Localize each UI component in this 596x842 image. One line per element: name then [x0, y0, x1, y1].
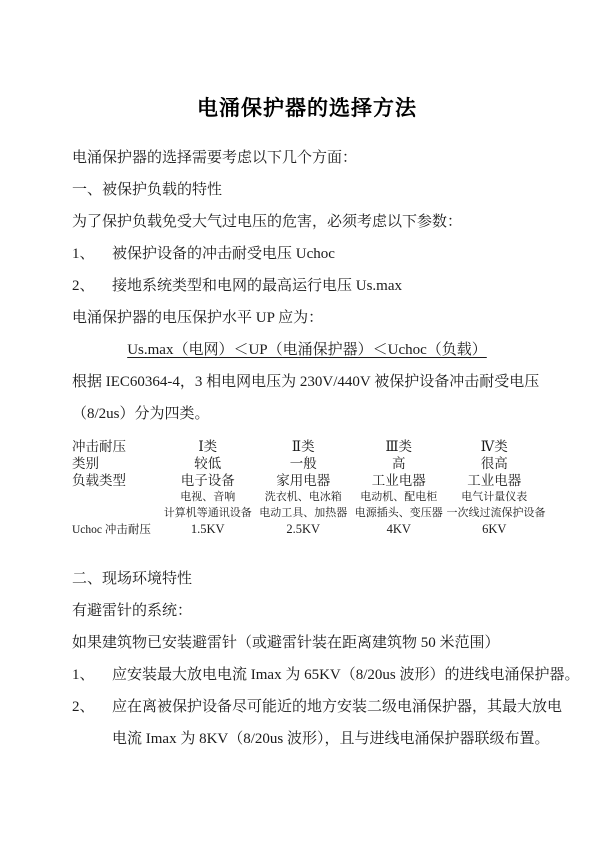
table-cell: Uchoc 冲击耐压: [72, 522, 160, 539]
list-item-number: 1、: [72, 667, 112, 683]
table-row: Uchoc 冲击耐压 1.5KV 2.5KV 4KV 6KV: [72, 521, 542, 538]
table-cell: 4KV: [351, 521, 447, 538]
table-row: 计算机等通讯设备 电动工具、加热器 电源插头、变压器 一次线过流保护设备: [72, 505, 542, 521]
table-cell: 工业电器: [351, 472, 447, 489]
table-cell: Ⅳ类: [447, 438, 543, 455]
table-cell: 6KV: [447, 521, 543, 538]
section1-paragraph-1: 为了保护负载免受大气过电压的危害，必须考虑以下参数：: [72, 214, 542, 230]
list-item-number: 1、: [72, 246, 112, 262]
section1-paragraph-3-line-2: （8/2us）分为四类。: [72, 406, 542, 422]
table-cell: 类别: [72, 455, 160, 472]
table-cell: 工业电器: [447, 472, 543, 489]
table-row: 电视、音响 洗衣机、电冰箱 电动机、配电柜 电气计量仪表: [72, 489, 542, 505]
intro-paragraph: 电涌保护器的选择需要考虑以下几个方面：: [72, 150, 542, 166]
list-item-text: 应在离被保护设备尽可能近的地方安装二级电涌保护器，其最大放电: [112, 699, 562, 715]
section1-paragraph-3-line-1: 根据 IEC60364-4，3 相电网电压为 230V/440V 被保护设备冲击…: [72, 374, 542, 390]
table-cell: 电视、音响: [160, 489, 256, 505]
table-cell: 电动工具、加热器: [256, 505, 352, 521]
document-content: 电涌保护器的选择方法 电涌保护器的选择需要考虑以下几个方面： 一、被保护负载的特…: [72, 0, 542, 763]
table-cell: 很高: [447, 455, 543, 472]
table-cell: 一次线过流保护设备: [447, 505, 543, 521]
section2-list-item-1: 1、 应安装最大放电电流 Imax 为 65KV（8/20us 波形）的进线电涌…: [72, 667, 542, 683]
section2-list-item-2-continuation: 电流 Imax 为 8KV（8/20us 波形），且与进线电涌保护器联级布置。: [72, 731, 542, 747]
section2-paragraph-1: 有避雷针的系统：: [72, 603, 542, 619]
table-cell: 一般: [256, 455, 352, 472]
table-cell: 电子设备: [160, 472, 256, 489]
section1-list-item-1: 1、 被保护设备的冲击耐受电压 Uchoc: [72, 246, 542, 262]
table-cell: 1.5KV: [160, 521, 256, 538]
table-cell: 洗衣机、电冰箱: [256, 489, 352, 505]
table-cell: 高: [351, 455, 447, 472]
document-page: 电涌保护器的选择方法 电涌保护器的选择需要考虑以下几个方面： 一、被保护负载的特…: [0, 0, 596, 842]
section1-list-item-2: 2、 接地系统类型和电网的最高运行电压 Us.max: [72, 278, 542, 294]
table-cell: 负载类型: [72, 472, 160, 489]
table-cell: 电源插头、变压器: [351, 505, 447, 521]
table-row: 类别 较低 一般 高 很高: [72, 455, 542, 472]
table-cell: Ⅰ类: [160, 438, 256, 455]
section2-list-item-2: 2、 应在离被保护设备尽可能近的地方安装二级电涌保护器，其最大放电: [72, 699, 542, 715]
table-cell: 较低: [160, 455, 256, 472]
table-cell: 电气计量仪表: [447, 489, 543, 505]
impulse-withstand-table: 冲击耐压 Ⅰ类 Ⅱ类 Ⅲ类 Ⅳ类 类别 较低 一般 高 很高 负载类型 电子设备…: [72, 438, 542, 538]
table-row: 冲击耐压 Ⅰ类 Ⅱ类 Ⅲ类 Ⅳ类: [72, 438, 542, 455]
voltage-formula: Us.max（电网）＜UP（电涌保护器）＜Uchoc（负载）: [72, 342, 542, 358]
section2-heading: 二、现场环境特性: [72, 571, 542, 587]
list-item-text: 接地系统类型和电网的最高运行电压 Us.max: [112, 278, 402, 294]
list-item-text: 应安装最大放电电流 Imax 为 65KV（8/20us 波形）的进线电涌保护器…: [112, 667, 580, 683]
section1-heading: 一、被保护负载的特性: [72, 182, 542, 198]
section1-paragraph-2: 电涌保护器的电压保护水平 UP 应为：: [72, 310, 542, 326]
section2-paragraph-2: 如果建筑物已安装避雷针（或避雷针装在距离建筑物 50 米范围）: [72, 635, 542, 651]
list-item-number: 2、: [72, 699, 112, 715]
list-item-number: 2、: [72, 278, 112, 294]
list-item-text: 被保护设备的冲击耐受电压 Uchoc: [112, 246, 335, 262]
table-row: 负载类型 电子设备 家用电器 工业电器 工业电器: [72, 472, 542, 489]
table-cell: 2.5KV: [256, 521, 352, 538]
table-cell: Ⅱ类: [256, 438, 352, 455]
document-title: 电涌保护器的选择方法: [72, 96, 542, 120]
table-cell: 电动机、配电柜: [351, 489, 447, 505]
table-cell: 家用电器: [256, 472, 352, 489]
voltage-formula-text: Us.max（电网）＜UP（电涌保护器）＜Uchoc（负载）: [127, 342, 487, 358]
table-cell: Ⅲ类: [351, 438, 447, 455]
table-cell: 冲击耐压: [72, 438, 160, 455]
table-cell: 计算机等通讯设备: [160, 505, 256, 521]
